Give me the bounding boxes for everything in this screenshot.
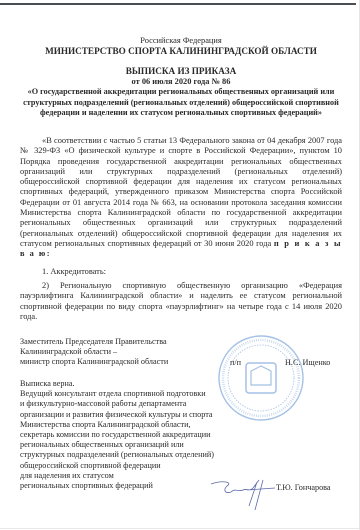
document-type: ВЫПИСКА ИЗ ПРИКАЗА: [20, 66, 342, 76]
order-date-number: от 06 июля 2020 года № 86: [20, 77, 342, 86]
certification-block: Выписка верна. Ведущий консультант отдел…: [20, 379, 260, 491]
preamble-text: «В соответствии с частью 5 статьи 13 Фед…: [20, 136, 342, 248]
country-name: Российская Федерация: [20, 36, 342, 45]
order-title: «О государственной аккредитации регионал…: [20, 87, 342, 119]
ministry-name: МИНИСТЕРСТВО СПОРТА КАЛИНИНГРАДСКОЙ ОБЛА…: [20, 46, 342, 56]
preamble-paragraph: «В соответствии с частью 5 статьи 13 Фед…: [20, 136, 342, 260]
signatory-position: Заместитель Председателя Правительства К…: [20, 337, 168, 368]
handwritten-signature-icon: [203, 476, 283, 516]
certifier-name: Т.Ю. Гончарова: [276, 483, 331, 492]
scan-top-border: [0, 3, 356, 5]
item-1: 1. Аккредитовать:: [42, 267, 106, 276]
scan-bottom-edge: [0, 528, 360, 529]
signed-mark: п/п: [230, 358, 241, 367]
item-2: 2) Региональную спортивную общественную …: [20, 281, 342, 322]
signatory-name: Н.С. Ищенко: [285, 358, 330, 367]
